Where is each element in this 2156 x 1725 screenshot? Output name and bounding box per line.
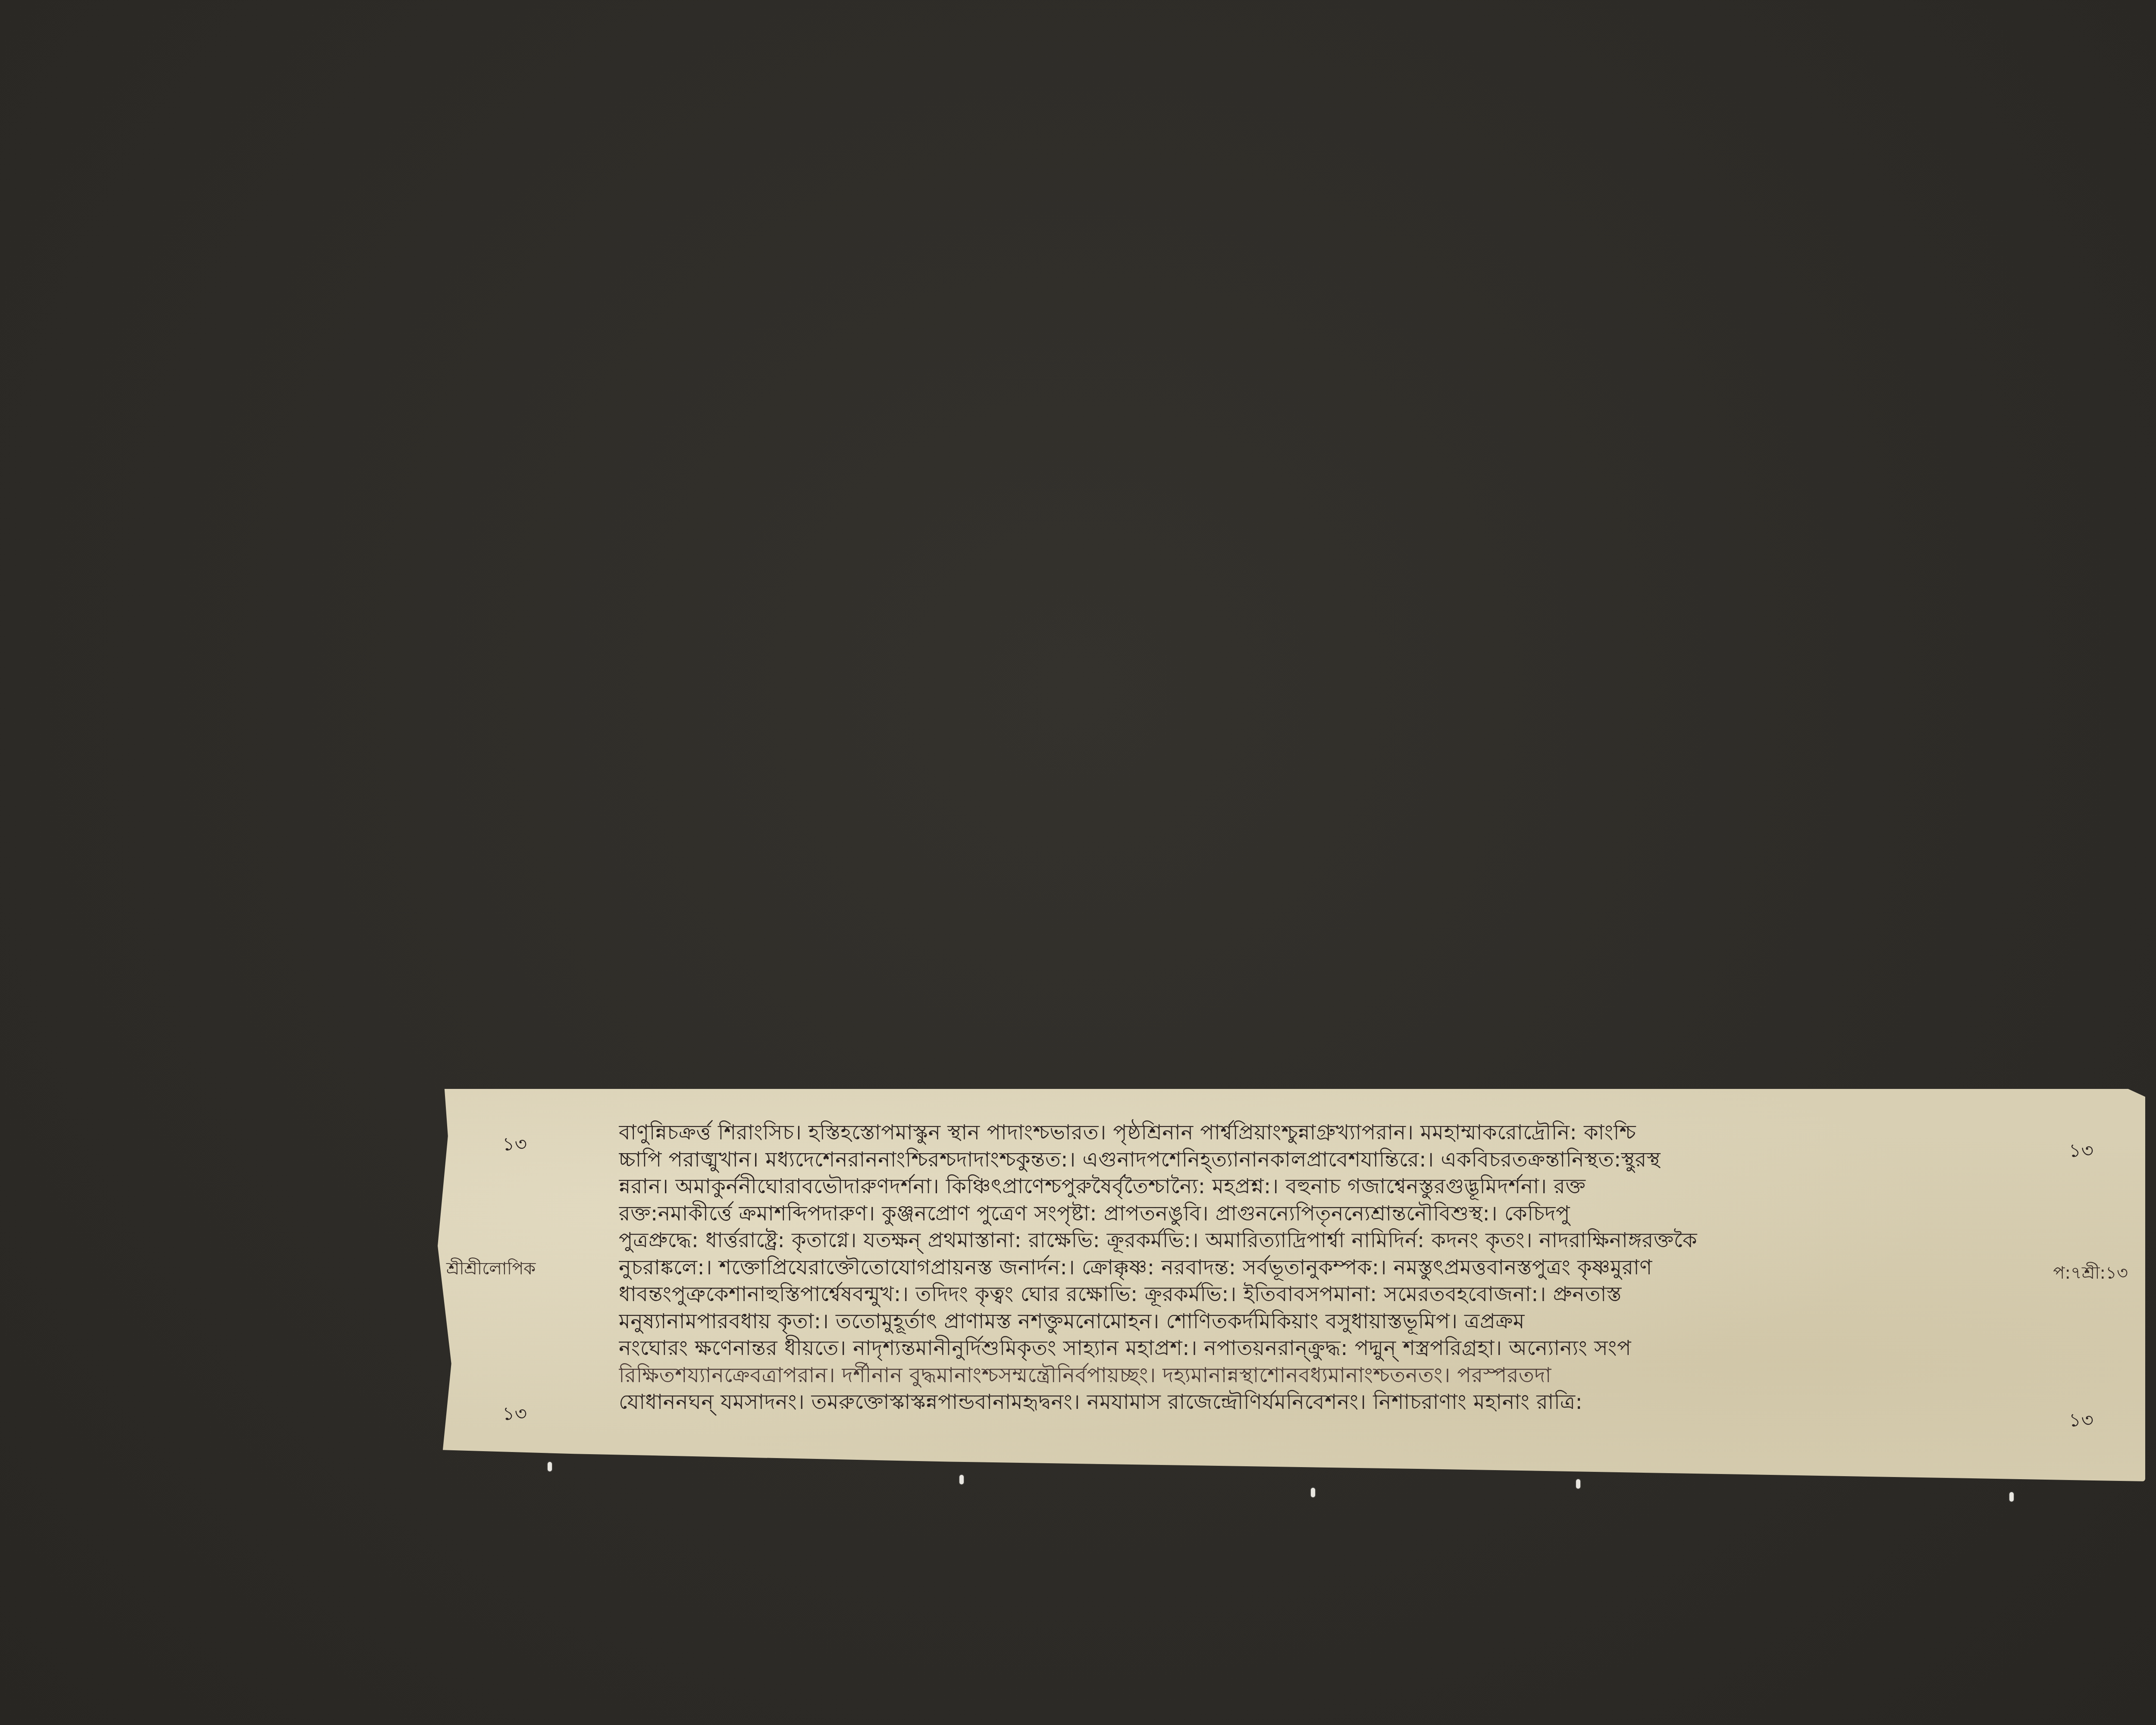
text-line: চ্চাপি পরাঙ্মুখান। মধ্যদেশেনরাননাংশ্চিরশ… <box>619 1146 2042 1173</box>
folio-number-top-right: ১৩ <box>2069 1136 2093 1168</box>
mounting-pin-icon <box>1576 1479 1580 1489</box>
text-line: রক্ত:নমাকীর্ত্তে ক্রমাশব্দিপদারুণ। কুঞ্জ… <box>619 1200 2042 1227</box>
manuscript-leaf: ১৩ ১৩ ১৩ ১৩ শ্রীশ্রীলোপিক প:৭শ্রী:১৩ বাণ… <box>438 1089 2145 1481</box>
text-line: নুচরাঙ্কলে:। শক্তোপ্রিযেরাক্তৌতোযোগপ্রায… <box>619 1254 2042 1281</box>
mounting-pin-icon <box>548 1462 552 1471</box>
left-margin-title: শ্রীশ্রীলোপিক <box>446 1255 536 1284</box>
mounting-pin-icon <box>959 1475 964 1484</box>
folio-number-top-left: ১৩ <box>502 1130 527 1161</box>
mounting-pin-icon <box>2009 1492 2014 1502</box>
text-line: বাণুন্নিচক্রর্ত্ত শিরাংসিচ। হস্তিহস্তোপম… <box>619 1119 2042 1146</box>
manuscript-text: বাণুন্নিচক্রর্ত্ত শিরাংসিচ। হস্তিহস্তোপম… <box>619 1119 2042 1416</box>
right-margin-label: প:৭শ্রী:১৩ <box>2053 1259 2128 1288</box>
text-line: যোধাননঘন্ যমসাদনং। তমরুক্তোস্কাস্কন্নপান… <box>619 1389 2042 1416</box>
text-line: ন্নরান। অমাকুর্ননীঘোরাবভৌদারুণদর্শনা। কি… <box>619 1173 2042 1200</box>
text-line: রিক্ষিতশয্যানক্রেবত্রাপরান। দর্শীনান বুদ… <box>619 1362 2042 1389</box>
folio-number-bottom-right: ১৩ <box>2069 1406 2093 1437</box>
text-line: নংঘোরং ক্ষণেনান্তর ধীয়তে। নাদৃশ্যন্তমান… <box>619 1335 2042 1362</box>
text-line: পুত্রপ্রুদ্ধে: ধার্ত্তরাষ্ট্রে: কৃতাগ্নে… <box>619 1227 2042 1254</box>
text-line: মনুষ্যানামপারবধায় কৃতা:। ততোমুহূর্তাৎ প… <box>619 1308 2042 1335</box>
mounting-pin-icon <box>1311 1488 1315 1497</box>
folio-number-bottom-left: ১৩ <box>502 1399 527 1431</box>
text-line: ধাবন্তংপুত্রুকেশানাহুস্তিপার্শ্বেষবন্মুখ… <box>619 1281 2042 1308</box>
